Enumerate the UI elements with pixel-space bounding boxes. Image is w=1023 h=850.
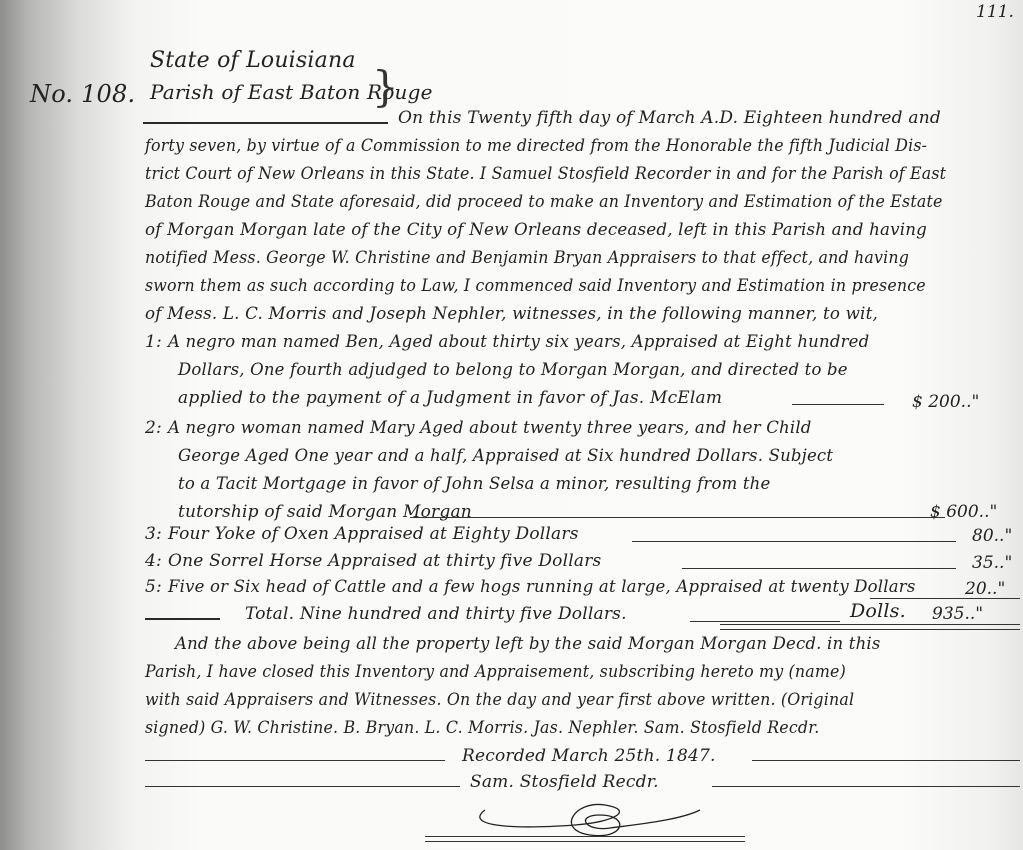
item-3-amount: 80.." — [972, 526, 1012, 546]
total-currency-label: Dolls. — [850, 600, 906, 622]
total-double-rule — [720, 624, 1020, 630]
signature-left-rule — [145, 786, 460, 787]
entry-number: No. 108. — [30, 80, 135, 108]
total-label: Total. Nine hundred and thirty five Doll… — [245, 604, 627, 624]
ledger-page: 111. State of Louisiana No. 108. Parish … — [0, 0, 1023, 850]
item-1-number: 1: — [145, 332, 162, 352]
item-4-line-1: One Sorrel Horse Appraised at thirty fiv… — [168, 551, 601, 571]
closing-line-4: signed) G. W. Christine. B. Bryan. L. C.… — [145, 718, 819, 738]
item-4-rule — [682, 568, 956, 569]
signature-flourish-icon — [465, 800, 715, 840]
closing-line-2: Parish, I have closed this Inventory and… — [145, 662, 846, 682]
item-4-number: 4: — [145, 551, 162, 571]
item-1-rule — [792, 404, 884, 405]
item-3-rule — [632, 541, 956, 542]
item-2-amount: $ 600.." — [930, 502, 997, 522]
brace-icon: } — [372, 62, 399, 111]
page-number: 111. — [976, 2, 1014, 22]
closing-line-3: with said Appraisers and Witnesses. On t… — [145, 690, 854, 710]
item-1-line-1: A negro man named Ben, Aged about thirty… — [168, 332, 869, 352]
closing-double-rule — [425, 836, 745, 842]
closing-line-1: And the above being all the property lef… — [175, 634, 881, 654]
item-5-number: 5: — [145, 577, 162, 597]
item-2-line-2: George Aged One year and a half, Apprais… — [178, 446, 833, 466]
recorded-line: Recorded March 25th. 1847. — [462, 746, 716, 766]
total-left-rule — [145, 618, 220, 620]
item-5-line-1: Five or Six head of Cattle and a few hog… — [168, 577, 916, 597]
item-3-number: 3: — [145, 524, 162, 544]
item-3-line-1: Four Yoke of Oxen Appraised at Eighty Do… — [168, 524, 579, 544]
recorded-right-rule — [752, 760, 1020, 761]
body-line-5: of Morgan Morgan late of the City of New… — [145, 220, 927, 240]
total-amount: 935.." — [932, 604, 983, 624]
item-2-number: 2: — [145, 418, 162, 438]
item-2-line-4: tutorship of said Morgan Morgan — [178, 502, 472, 522]
signature-right-rule — [712, 786, 1020, 787]
body-line-3: trict Court of New Orleans in this State… — [145, 164, 946, 184]
item-5-amount: 20.." — [965, 579, 1005, 599]
item-1-amount: $ 200.." — [912, 392, 979, 412]
body-line-1: On this Twenty fifth day of March A.D. E… — [398, 108, 941, 128]
header-state: State of Louisiana — [150, 48, 356, 73]
item-5-rule — [870, 598, 1020, 599]
item-2-line-3: to a Tacit Mortgage in favor of John Sel… — [178, 474, 770, 494]
body-line-7: sworn them as such according to Law, I c… — [145, 276, 926, 296]
item-2-rule — [410, 517, 945, 518]
item-2-line-1: A negro woman named Mary Aged about twen… — [168, 418, 812, 438]
recorded-left-rule — [145, 760, 445, 761]
body-line-2: forty seven, by virtue of a Commission t… — [145, 136, 927, 156]
body-line-6: notified Mess. George W. Christine and B… — [145, 248, 909, 268]
signature: Sam. Stosfield Recdr. — [470, 772, 659, 792]
header-rule — [143, 122, 388, 124]
total-rule — [690, 621, 840, 622]
item-4-amount: 35.." — [972, 553, 1012, 573]
body-line-8: of Mess. L. C. Morris and Joseph Nephler… — [145, 304, 878, 324]
item-1-line-2: Dollars, One fourth adjudged to belong t… — [178, 360, 848, 380]
body-line-4: Baton Rouge and State aforesaid, did pro… — [145, 192, 943, 212]
item-1-line-3: applied to the payment of a Judgment in … — [178, 388, 722, 408]
